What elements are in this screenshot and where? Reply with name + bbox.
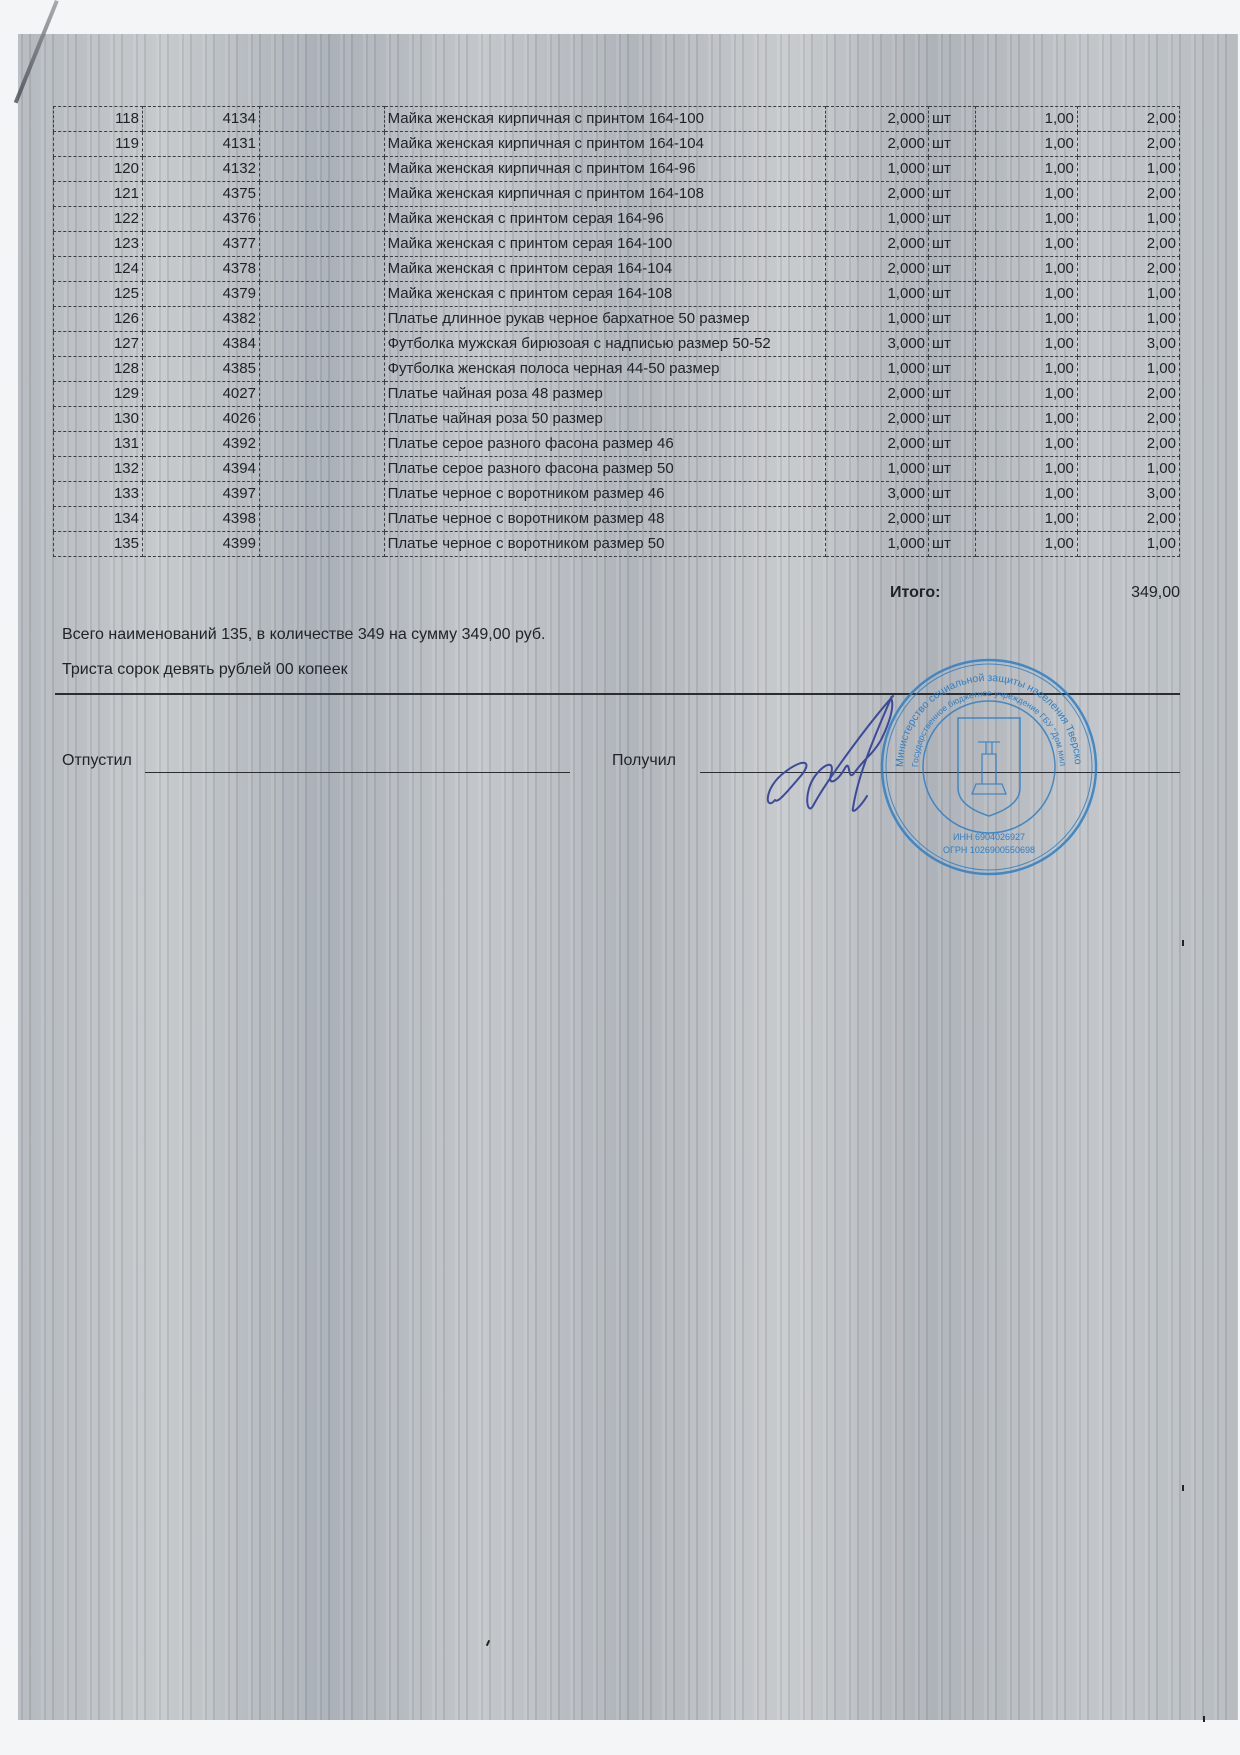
item-price: 1,00 <box>975 482 1077 507</box>
item-sum: 2,00 <box>1077 182 1179 207</box>
item-sum: 1,00 <box>1077 207 1179 232</box>
table-row: 123 4377 Майка женская с принтом серая 1… <box>54 232 1180 257</box>
item-sum: 1,00 <box>1077 282 1179 307</box>
item-name: Майка женская кирпичная с принтом 164-10… <box>384 132 826 157</box>
scan-speck <box>1182 1485 1184 1491</box>
table-row: 133 4397 Платье черное с воротником разм… <box>54 482 1180 507</box>
item-unit: шт <box>929 357 976 382</box>
table-row: 125 4379 Майка женская с принтом серая 1… <box>54 282 1180 307</box>
item-name: Майка женская кирпичная с принтом 164-96 <box>384 157 826 182</box>
item-quantity: 3,000 <box>826 482 929 507</box>
item-price: 1,00 <box>975 232 1077 257</box>
item-sum: 1,00 <box>1077 357 1179 382</box>
table-row: 120 4132 Майка женская кирпичная с принт… <box>54 157 1180 182</box>
item-name: Майка женская кирпичная с принтом 164-10… <box>384 182 826 207</box>
item-price: 1,00 <box>975 132 1077 157</box>
item-price: 1,00 <box>975 507 1077 532</box>
item-unit: шт <box>929 332 976 357</box>
item-quantity: 2,000 <box>826 232 929 257</box>
item-quantity: 1,000 <box>826 457 929 482</box>
item-name: Платье черное с воротником размер 46 <box>384 482 826 507</box>
item-code: 4399 <box>143 532 260 557</box>
row-number: 120 <box>54 157 143 182</box>
item-unit: шт <box>929 482 976 507</box>
item-price: 1,00 <box>975 157 1077 182</box>
item-sum: 3,00 <box>1077 332 1179 357</box>
item-sum: 2,00 <box>1077 382 1179 407</box>
table-row: 122 4376 Майка женская с принтом серая 1… <box>54 207 1180 232</box>
empty-cell <box>259 532 384 557</box>
item-name: Платье длинное рукав черное бархатное 50… <box>384 307 826 332</box>
item-code: 4394 <box>143 457 260 482</box>
empty-cell <box>259 357 384 382</box>
item-price: 1,00 <box>975 257 1077 282</box>
item-code: 4026 <box>143 407 260 432</box>
item-code: 4398 <box>143 507 260 532</box>
item-name: Майка женская с принтом серая 164-104 <box>384 257 826 282</box>
empty-cell <box>259 457 384 482</box>
item-sum: 2,00 <box>1077 257 1179 282</box>
table-row: 126 4382 Платье длинное рукав черное бар… <box>54 307 1180 332</box>
row-number: 129 <box>54 382 143 407</box>
row-number: 130 <box>54 407 143 432</box>
item-sum: 2,00 <box>1077 407 1179 432</box>
item-code: 4385 <box>143 357 260 382</box>
empty-cell <box>259 257 384 282</box>
table-row: 119 4131 Майка женская кирпичная с принт… <box>54 132 1180 157</box>
row-number: 127 <box>54 332 143 357</box>
official-stamp-icon: Министерство социальной защиты населения… <box>878 656 1100 878</box>
empty-cell <box>259 407 384 432</box>
row-number: 128 <box>54 357 143 382</box>
item-sum: 2,00 <box>1077 107 1179 132</box>
item-quantity: 2,000 <box>826 382 929 407</box>
empty-cell <box>259 432 384 457</box>
item-quantity: 2,000 <box>826 132 929 157</box>
table-row: 124 4378 Майка женская с принтом серая 1… <box>54 257 1180 282</box>
item-quantity: 1,000 <box>826 307 929 332</box>
received-by-label: Получил <box>612 752 676 770</box>
table-row: 129 4027 Платье чайная роза 48 размер 2,… <box>54 382 1180 407</box>
item-name: Платье чайная роза 48 размер <box>384 382 826 407</box>
item-sum: 1,00 <box>1077 157 1179 182</box>
item-name: Платье чайная роза 50 размер <box>384 407 826 432</box>
item-name: Платье серое разного фасона размер 50 <box>384 457 826 482</box>
amount-in-words: Триста сорок девять рублей 00 копеек <box>62 661 348 679</box>
item-quantity: 2,000 <box>826 182 929 207</box>
item-unit: шт <box>929 107 976 132</box>
row-number: 125 <box>54 282 143 307</box>
row-number: 126 <box>54 307 143 332</box>
empty-cell <box>259 107 384 132</box>
item-quantity: 2,000 <box>826 257 929 282</box>
item-unit: шт <box>929 507 976 532</box>
item-unit: шт <box>929 232 976 257</box>
table-row: 127 4384 Футболка мужская бирюзоая с над… <box>54 332 1180 357</box>
item-unit: шт <box>929 457 976 482</box>
item-quantity: 1,000 <box>826 357 929 382</box>
item-name: Майка женская с принтом серая 164-100 <box>384 232 826 257</box>
item-unit: шт <box>929 382 976 407</box>
item-quantity: 3,000 <box>826 332 929 357</box>
item-unit: шт <box>929 257 976 282</box>
empty-cell <box>259 232 384 257</box>
table-row: 135 4399 Платье черное с воротником разм… <box>54 532 1180 557</box>
summary-line: Всего наименований 135, в количестве 349… <box>62 626 546 644</box>
row-number: 119 <box>54 132 143 157</box>
item-quantity: 2,000 <box>826 507 929 532</box>
row-number: 134 <box>54 507 143 532</box>
released-by-label: Отпустил <box>62 752 132 770</box>
item-sum: 2,00 <box>1077 232 1179 257</box>
row-number: 132 <box>54 457 143 482</box>
item-code: 4392 <box>143 432 260 457</box>
empty-cell <box>259 332 384 357</box>
empty-cell <box>259 207 384 232</box>
table-row: 121 4375 Майка женская кирпичная с принт… <box>54 182 1180 207</box>
item-name: Майка женская кирпичная с принтом 164-10… <box>384 107 826 132</box>
table-row: 130 4026 Платье чайная роза 50 размер 2,… <box>54 407 1180 432</box>
item-price: 1,00 <box>975 382 1077 407</box>
item-sum: 2,00 <box>1077 507 1179 532</box>
empty-cell <box>259 382 384 407</box>
item-unit: шт <box>929 182 976 207</box>
item-price: 1,00 <box>975 532 1077 557</box>
empty-cell <box>259 157 384 182</box>
empty-cell <box>259 182 384 207</box>
item-price: 1,00 <box>975 182 1077 207</box>
item-code: 4376 <box>143 207 260 232</box>
item-sum: 1,00 <box>1077 532 1179 557</box>
item-quantity: 1,000 <box>826 157 929 182</box>
item-price: 1,00 <box>975 107 1077 132</box>
item-unit: шт <box>929 207 976 232</box>
item-code: 4397 <box>143 482 260 507</box>
item-code: 4384 <box>143 332 260 357</box>
item-code: 4027 <box>143 382 260 407</box>
item-name: Платье черное с воротником размер 50 <box>384 532 826 557</box>
table-row: 118 4134 Майка женская кирпичная с принт… <box>54 107 1180 132</box>
item-quantity: 1,000 <box>826 282 929 307</box>
item-code: 4134 <box>143 107 260 132</box>
empty-cell <box>259 307 384 332</box>
table-row: 131 4392 Платье серое разного фасона раз… <box>54 432 1180 457</box>
items-table: 118 4134 Майка женская кирпичная с принт… <box>53 106 1180 557</box>
row-number: 123 <box>54 232 143 257</box>
item-name: Майка женская с принтом серая 164-108 <box>384 282 826 307</box>
empty-cell <box>259 282 384 307</box>
empty-cell <box>259 482 384 507</box>
item-code: 4131 <box>143 132 260 157</box>
item-code: 4375 <box>143 182 260 207</box>
item-quantity: 2,000 <box>826 107 929 132</box>
row-number: 118 <box>54 107 143 132</box>
item-code: 4378 <box>143 257 260 282</box>
item-quantity: 1,000 <box>826 532 929 557</box>
item-sum: 1,00 <box>1077 457 1179 482</box>
item-unit: шт <box>929 407 976 432</box>
item-quantity: 2,000 <box>826 407 929 432</box>
row-number: 122 <box>54 207 143 232</box>
scan-speck <box>1182 940 1184 946</box>
item-unit: шт <box>929 307 976 332</box>
item-unit: шт <box>929 157 976 182</box>
item-price: 1,00 <box>975 357 1077 382</box>
row-number: 124 <box>54 257 143 282</box>
item-price: 1,00 <box>975 407 1077 432</box>
released-by-signature-line <box>145 772 570 773</box>
item-quantity: 1,000 <box>826 207 929 232</box>
item-unit: шт <box>929 432 976 457</box>
item-sum: 2,00 <box>1077 132 1179 157</box>
handwritten-signature-icon <box>755 688 905 818</box>
item-sum: 3,00 <box>1077 482 1179 507</box>
table-row: 128 4385 Футболка женская полоса черная … <box>54 357 1180 382</box>
scan-speck <box>1203 1716 1205 1722</box>
item-price: 1,00 <box>975 282 1077 307</box>
item-code: 4377 <box>143 232 260 257</box>
item-unit: шт <box>929 282 976 307</box>
item-name: Платье черное с воротником размер 48 <box>384 507 826 532</box>
item-sum: 1,00 <box>1077 307 1179 332</box>
item-code: 4132 <box>143 157 260 182</box>
item-price: 1,00 <box>975 307 1077 332</box>
row-number: 131 <box>54 432 143 457</box>
stamp-ogrn: ОГРН 1026900550698 <box>943 845 1035 855</box>
item-price: 1,00 <box>975 432 1077 457</box>
row-number: 133 <box>54 482 143 507</box>
stamp-inn: ИНН 6904026927 <box>953 832 1025 842</box>
total-label: Итого: <box>890 584 940 602</box>
item-code: 4382 <box>143 307 260 332</box>
item-price: 1,00 <box>975 332 1077 357</box>
table-row: 132 4394 Платье серое разного фасона раз… <box>54 457 1180 482</box>
total-value: 349,00 <box>1131 584 1180 602</box>
item-name: Футболка женская полоса черная 44-50 раз… <box>384 357 826 382</box>
item-price: 1,00 <box>975 457 1077 482</box>
item-quantity: 2,000 <box>826 432 929 457</box>
item-unit: шт <box>929 132 976 157</box>
item-name: Футболка мужская бирюзоая с надписью раз… <box>384 332 826 357</box>
item-unit: шт <box>929 532 976 557</box>
item-sum: 2,00 <box>1077 432 1179 457</box>
item-code: 4379 <box>143 282 260 307</box>
empty-cell <box>259 132 384 157</box>
row-number: 121 <box>54 182 143 207</box>
row-number: 135 <box>54 532 143 557</box>
item-name: Майка женская с принтом серая 164-96 <box>384 207 826 232</box>
item-name: Платье серое разного фасона размер 46 <box>384 432 826 457</box>
item-price: 1,00 <box>975 207 1077 232</box>
empty-cell <box>259 507 384 532</box>
table-row: 134 4398 Платье черное с воротником разм… <box>54 507 1180 532</box>
